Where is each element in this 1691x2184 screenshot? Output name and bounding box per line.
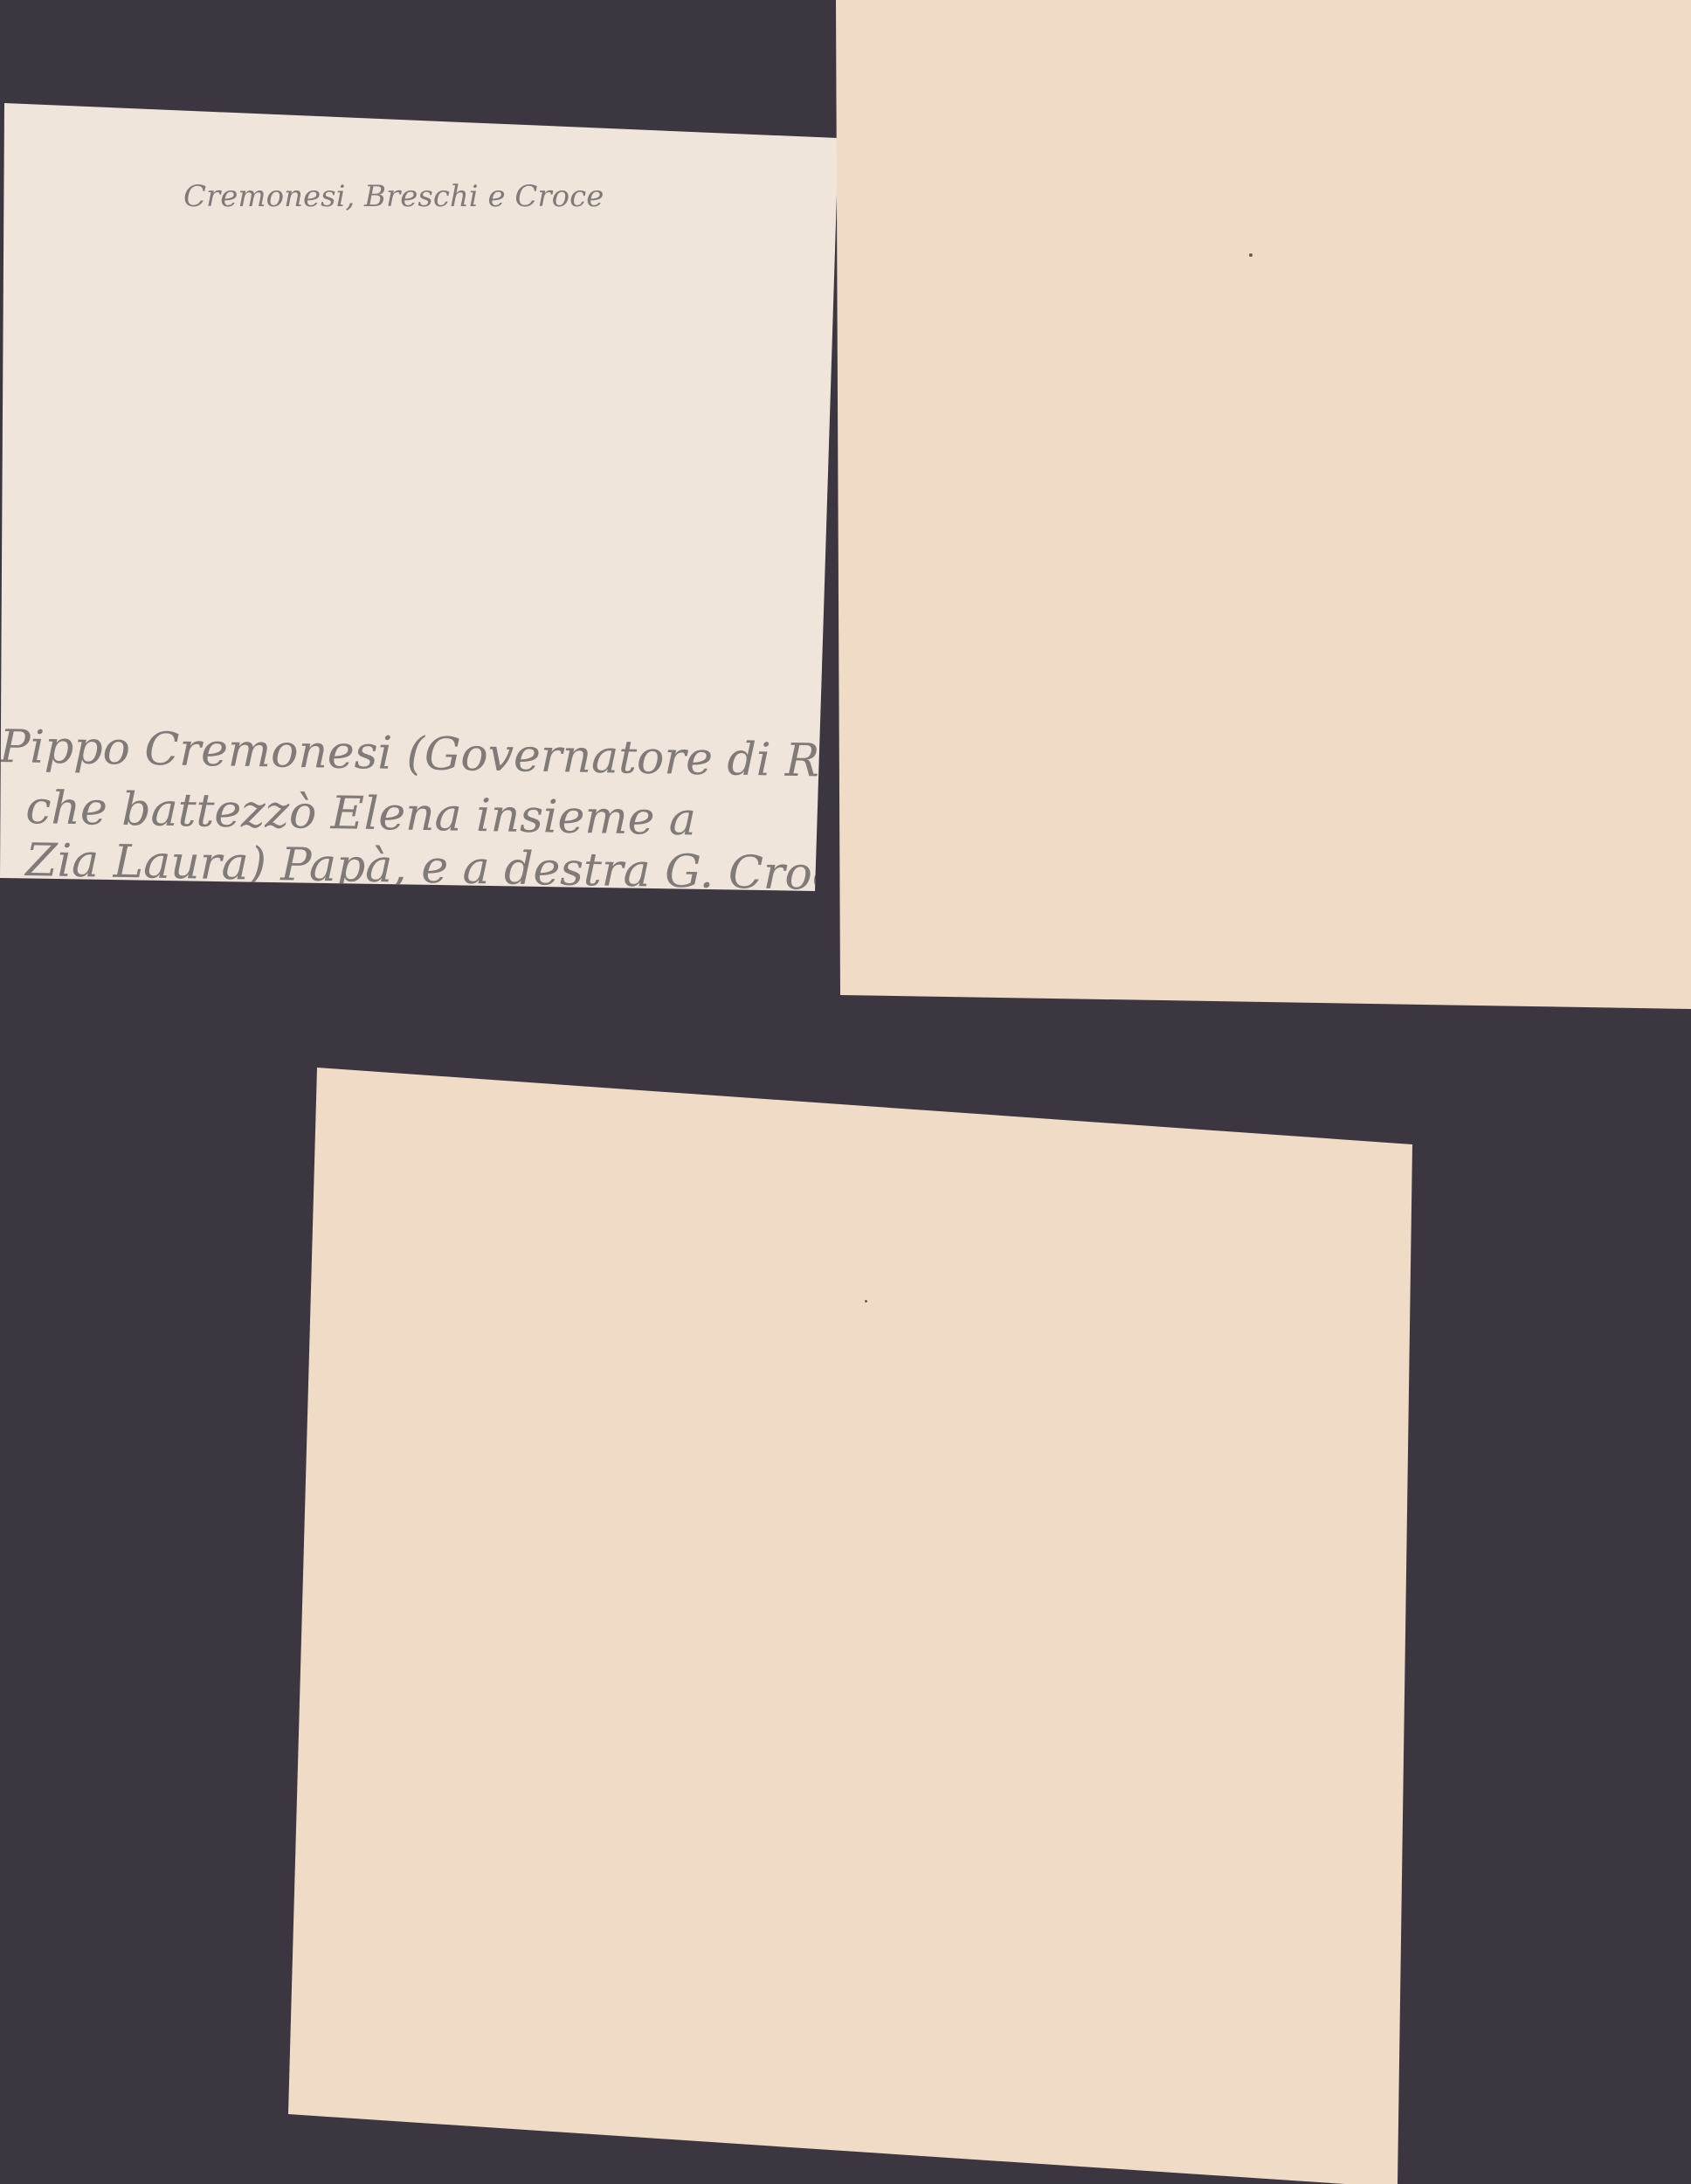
handwritten-header-note: Cremonesi, Breschi e Croce bbox=[183, 179, 604, 214]
handwritten-caption-line-3: Zia Laura) Papà, e a destra G. Croce bbox=[25, 834, 865, 902]
speck bbox=[1249, 253, 1253, 257]
handwritten-caption-line-1: Pippo Cremonesi (Governatore di Roma bbox=[0, 721, 917, 789]
speck bbox=[865, 1300, 867, 1303]
